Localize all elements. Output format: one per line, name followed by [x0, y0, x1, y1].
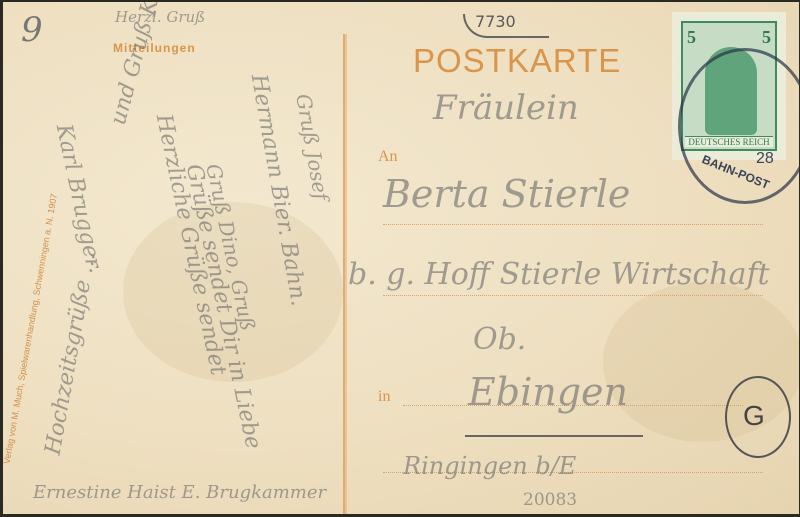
- catalog-ref: 7730: [475, 12, 516, 31]
- address-line: [383, 295, 763, 296]
- handwriting-extra: Ringingen b/E: [403, 452, 576, 480]
- city-underline: [465, 435, 643, 437]
- address-label: An: [378, 148, 398, 166]
- circled-letter: G: [743, 400, 765, 432]
- handwriting-city: Ebingen: [468, 370, 628, 414]
- handwriting-recipient: b. g. Hoff Stierle Wirtschaft: [348, 257, 770, 292]
- handwriting-recipient: Ob.: [473, 322, 526, 357]
- address-line: [383, 224, 763, 225]
- divider-line: [343, 34, 345, 514]
- handwriting-message: Gruß Josef: [291, 92, 333, 202]
- handwriting-recipient: Fräulein: [433, 88, 579, 128]
- postmark-number: 28: [756, 150, 774, 168]
- stamp-value-right: 5: [762, 27, 771, 48]
- handwriting-message: Hochzeitsgrüße ...: [41, 250, 101, 456]
- handwriting-recipient: Berta Stierle: [383, 172, 630, 216]
- place-label: in: [378, 388, 390, 406]
- stamp-value-left: 5: [687, 27, 696, 48]
- bottom-number: 20083: [523, 490, 577, 510]
- corner-number: 9: [21, 10, 43, 50]
- handwriting-signatures: Ernestine Haist E. Brugkammer: [33, 482, 326, 503]
- handwriting-message: Karl Brugger: [51, 122, 106, 271]
- postcard-title: POSTKARTE: [413, 42, 621, 80]
